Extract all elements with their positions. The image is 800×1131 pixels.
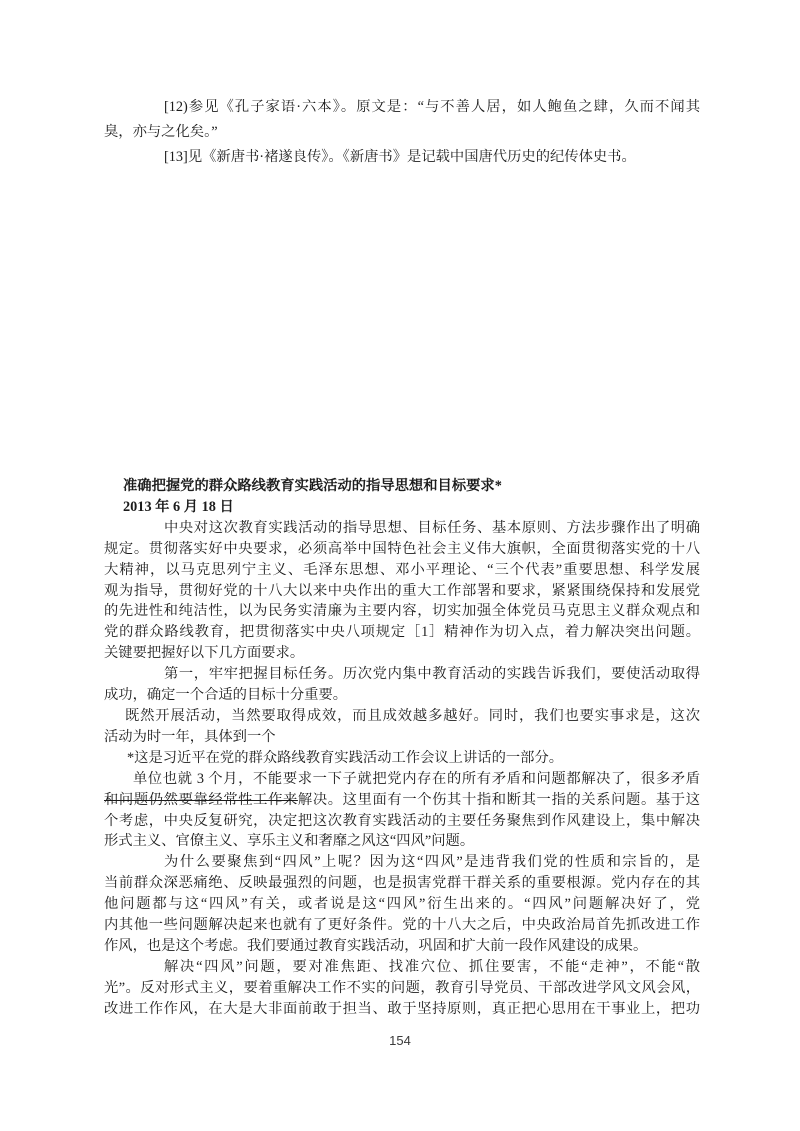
body-line: 中央对这次教育实践活动的指导思想、目标任务、基本原则、方法步骤作出了明确 xyxy=(104,518,700,539)
line-text: 观为指导，贯彻好党的十八大以来中央作出的重大工作部署和要求，紧紧围绕保持和发展党 xyxy=(104,583,700,599)
body-line: 观为指导，贯彻好党的十八大以来中央作出的重大工作部署和要求，紧紧围绕保持和发展党 xyxy=(104,581,700,602)
footnote-12-line-1: [12)参见《孔子家语·六本》。原文是：“与不善人居，如人鲍鱼之肆，久而不闻其 xyxy=(104,95,700,120)
article-title: 准确把握党的群众路线教育实践活动的指导思想和目标要求* xyxy=(104,476,700,497)
line-text: 当前群众深恶痛绝、反映最强烈的问题，也是损害党群干群关系的重要根源。党内存在的其 xyxy=(104,875,700,891)
line-text: 解决“四风”问题，要对准焦距、找准穴位、抓住要害，不能“走神”，不能“散 xyxy=(164,959,700,975)
body-line: 党的群众路线教育，把贯彻落实中央八项规定［1］精神作为切入点，着力解决突出问题。 xyxy=(104,622,700,643)
line-text: 既然开展活动，当然要取得成效，而且成效越多越好。同时，我们也要实事求是，这次 xyxy=(125,708,700,724)
body-line: 规定。贯彻落实好中央要求，必须高举中国特色社会主义伟大旗帜，全面贯彻落实党的十八 xyxy=(104,539,700,560)
footnote-block: [12)参见《孔子家语·六本》。原文是：“与不善人居，如人鲍鱼之肆，久而不闻其臭… xyxy=(104,95,700,170)
footnote-12-line-2: 臭，亦与之化矣。” xyxy=(104,120,700,145)
line-text: [13]见《新唐书·褚遂良传》。《新唐书》是记载中国唐代历史的纪传体史书。 xyxy=(164,149,636,165)
line-text: 成功，确定一个合适的目标十分重要。 xyxy=(104,687,347,703)
line-text: 为什么要聚焦到“四风”上呢？因为这“四风”是违背我们党的性质和宗旨的，是 xyxy=(164,854,700,870)
body-line: 他问题都与这“四风”有关，或者说是这“四风”衍生出来的。“四风”问题解决好了，党 xyxy=(104,894,700,915)
body-line: 改进工作作风，在大是大非面前敢于担当、敢于坚持原则，真正把心思用在干事业上，把功 xyxy=(104,999,700,1020)
article-block: 准确把握党的群众路线教育实践活动的指导思想和目标要求*2013 年 6 月 18… xyxy=(104,476,700,1020)
line-text: 臭，亦与之化矣。” xyxy=(104,124,218,140)
line-text: 党的群众路线教育，把贯彻落实中央八项规定［1］精神作为切入点，着力解决突出问题。 xyxy=(104,624,700,640)
body-line: 为什么要聚焦到“四风”上呢？因为这“四风”是违背我们党的性质和宗旨的，是 xyxy=(104,852,700,873)
line-text: 光”。反对形式主义，要着重解决工作不实的问题，教育引导党员、干部改进学风文风会风… xyxy=(104,980,700,996)
page-number: 154 xyxy=(389,1033,411,1048)
line-text: 2013 年 6 月 18 日 xyxy=(123,499,234,515)
body-line: 既然开展活动，当然要取得成效，而且成效越多越好。同时，我们也要实事求是，这次 xyxy=(104,706,700,727)
line-text: *这是习近平在党的群众路线教育实践活动工作会议上讲话的一部分。 xyxy=(127,750,563,766)
line-text: 规定。贯彻落实好中央要求，必须高举中国特色社会主义伟大旗帜，全面贯彻落实党的十八 xyxy=(104,541,700,557)
line-text: 准确把握党的群众路线教育实践活动的指导思想和目标要求* xyxy=(123,478,502,494)
body-line: 单位也就 3 个月，不能要求一下子就把党内存在的所有矛盾和问题都解决了，很多矛盾 xyxy=(104,769,700,790)
article-date: 2013 年 6 月 18 日 xyxy=(104,497,700,518)
line-text: 个考虑，中央反复研究，决定把这次教育实践活动的主要任务聚焦到作风建设上，集中解决 xyxy=(104,813,700,829)
line-text: 大精神，以马克思列宁主义、毛泽东思想、邓小平理论、“三个代表”重要思想、科学发展 xyxy=(104,562,700,578)
footnote-13-line: [13]见《新唐书·褚遂良传》。《新唐书》是记载中国唐代历史的纪传体史书。 xyxy=(104,145,700,170)
line-text: 形式主义、官僚主义、享乐主义和奢靡之风这“四风”问题。 xyxy=(104,833,474,849)
body-line: 大精神，以马克思列宁主义、毛泽东思想、邓小平理论、“三个代表”重要思想、科学发展 xyxy=(104,560,700,581)
line-text: 第一，牢牢把握目标任务。历次党内集中教育活动的实践告诉我们，要使活动取得 xyxy=(164,666,700,682)
body-line: 内其他一些问题解决起来也就有了更好条件。党的十八大之后，中央政治局首先抓改进工作 xyxy=(104,915,700,936)
line-text: 内其他一些问题解决起来也就有了更好条件。党的十八大之后，中央政治局首先抓改进工作 xyxy=(104,917,700,933)
body-line: 关键要把握好以下几方面要求。 xyxy=(104,643,700,664)
line-text: 活动为时一年，具体到一个 xyxy=(104,729,276,745)
body-line: 个考虑，中央反复研究，决定把这次教育实践活动的主要任务聚焦到作风建设上，集中解决 xyxy=(104,811,700,832)
line-text: 单位也就 3 个月，不能要求一下子就把党内存在的所有矛盾和问题都解决了，很多矛盾 xyxy=(133,771,700,787)
page-footer: 154 xyxy=(0,1033,800,1048)
line-text: [12)参见《孔子家语·六本》。原文是：“与不善人居，如人鲍鱼之肆，久而不闻其 xyxy=(164,99,700,115)
struck-text: 和问题仍然要靠经常性工作来 xyxy=(104,792,298,808)
body-line: 活动为时一年，具体到一个 xyxy=(104,727,700,748)
footnote-attribution-line: *这是习近平在党的群众路线教育实践活动工作会议上讲话的一部分。 xyxy=(104,748,700,769)
line-text: 中央对这次教育实践活动的指导思想、目标任务、基本原则、方法步骤作出了明确 xyxy=(164,520,700,536)
body-line: 第一，牢牢把握目标任务。历次党内集中教育活动的实践告诉我们，要使活动取得 xyxy=(104,664,700,685)
line-text: 的先进性和纯洁性，以为民务实清廉为主要内容，切实加强全体党员马克思主义群众观点和 xyxy=(104,603,700,619)
body-line: 成功，确定一个合适的目标十分重要。 xyxy=(104,685,700,706)
body-line: 当前群众深恶痛绝、反映最强烈的问题，也是损害党群干群关系的重要根源。党内存在的其 xyxy=(104,873,700,894)
line-text: 改进工作作风，在大是大非面前敢于担当、敢于坚持原则，真正把心思用在干事业上，把功 xyxy=(104,1001,700,1017)
body-line: 解决“四风”问题，要对准焦距、找准穴位、抓住要害，不能“走神”，不能“散 xyxy=(104,957,700,978)
body-line-with-rule-artifact: 和问题仍然要靠经常性工作来解决。这里面有一个伤其十指和断其一指的关系问题。基于这 xyxy=(104,790,700,811)
body-line: 光”。反对形式主义，要着重解决工作不实的问题，教育引导党员、干部改进学风文风会风… xyxy=(104,978,700,999)
body-line: 形式主义、官僚主义、享乐主义和奢靡之风这“四风”问题。 xyxy=(104,831,700,852)
line-text: 解决。这里面有一个伤其十指和断其一指的关系问题。基于这 xyxy=(298,792,700,808)
body-line: 作风，也是这个考虑。我们要通过教育实践活动，巩固和扩大前一段作风建设的成果。 xyxy=(104,936,700,957)
line-text: 作风，也是这个考虑。我们要通过教育实践活动，巩固和扩大前一段作风建设的成果。 xyxy=(104,938,647,954)
line-text: 他问题都与这“四风”有关，或者说是这“四风”衍生出来的。“四风”问题解决好了，党 xyxy=(104,896,700,912)
line-text: 关键要把握好以下几方面要求。 xyxy=(104,645,304,661)
body-line: 的先进性和纯洁性，以为民务实清廉为主要内容，切实加强全体党员马克思主义群众观点和 xyxy=(104,601,700,622)
